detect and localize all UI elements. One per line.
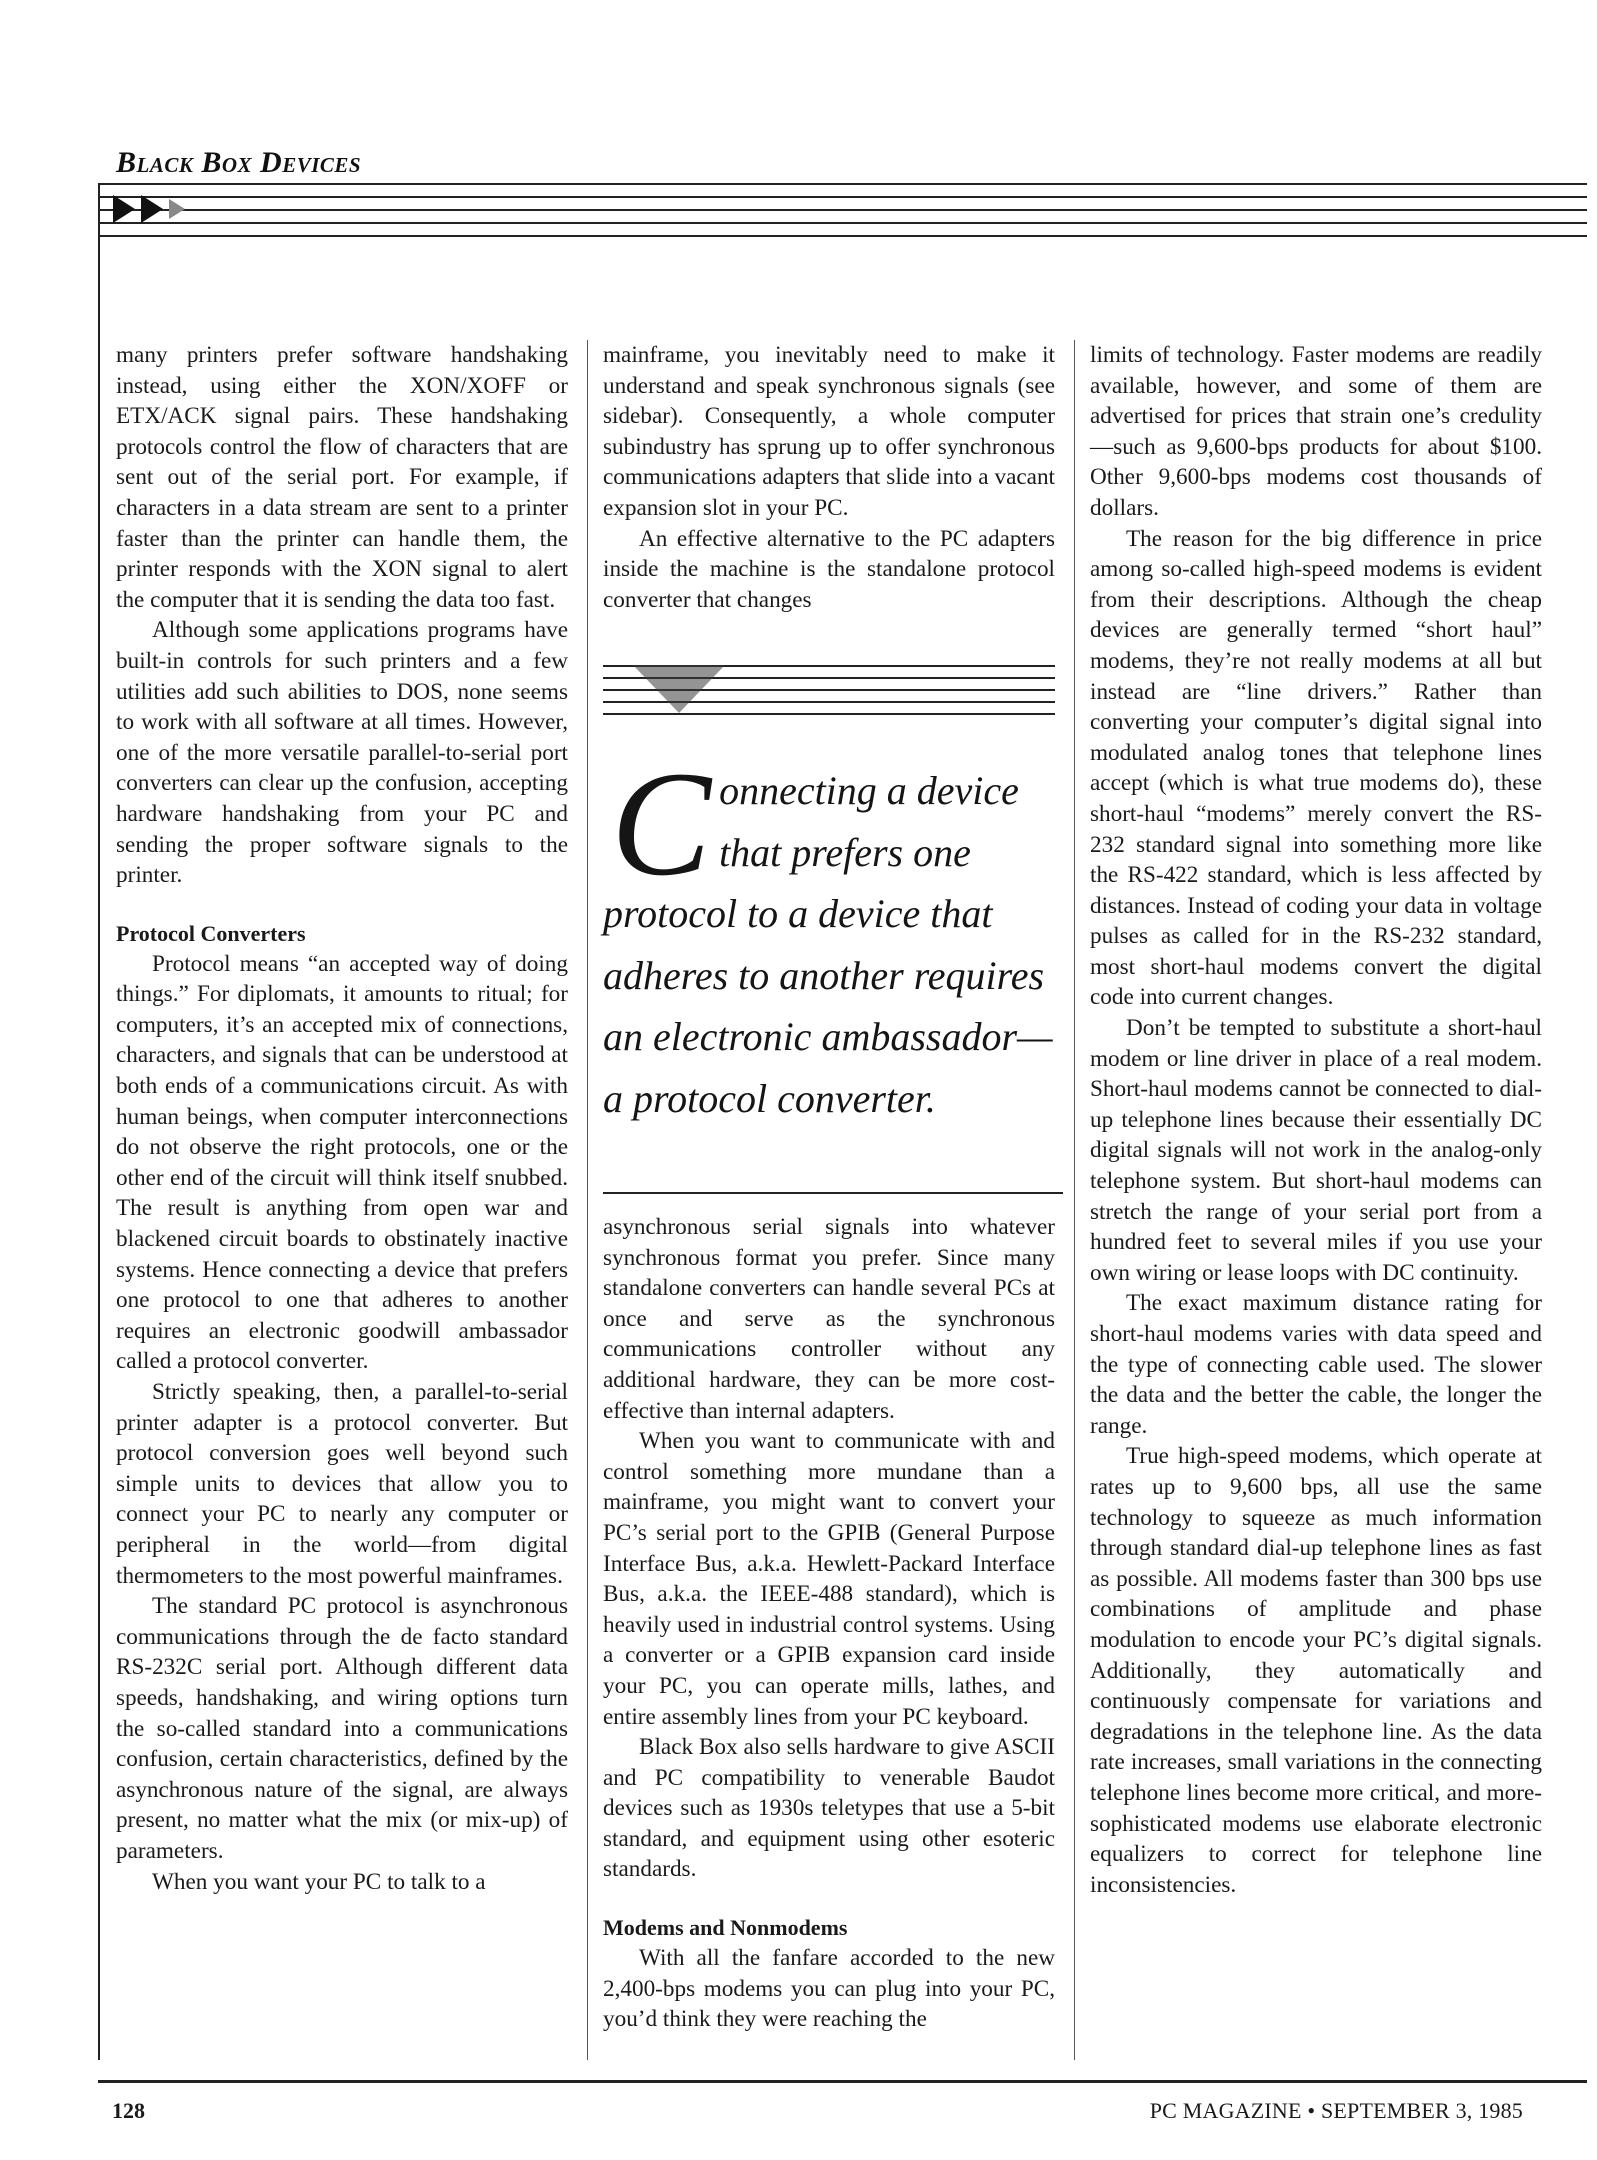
article-column-3: limits of technology. Faster modems are … bbox=[1090, 340, 1542, 1900]
pull-quote-rule-block bbox=[603, 665, 1055, 725]
paragraph: When you want your PC to talk to a bbox=[116, 1867, 568, 1898]
paragraph: Strictly speaking, then, a parallel-to-s… bbox=[116, 1377, 568, 1591]
header-rule-block bbox=[98, 183, 1587, 235]
paragraph: Although some applications programs have… bbox=[116, 615, 568, 890]
paragraph: limits of technology. Faster modems are … bbox=[1090, 340, 1542, 524]
article-column-2: mainframe, you inevitably need to make i… bbox=[603, 340, 1055, 615]
paragraph: With all the fanfare accorded to the new… bbox=[603, 1943, 1055, 2035]
paragraph: When you want to communicate with and co… bbox=[603, 1426, 1055, 1732]
paragraph: Black Box also sells hardware to give AS… bbox=[603, 1732, 1055, 1885]
footer-rule bbox=[98, 2080, 1587, 2083]
paragraph: mainframe, you inevitably need to make i… bbox=[603, 340, 1055, 524]
paragraph: The reason for the big difference in pri… bbox=[1090, 524, 1542, 1014]
article-column-1: many printers prefer software handshakin… bbox=[116, 340, 568, 1897]
running-head: Black Box Devices bbox=[116, 146, 361, 180]
arrow-right-icon bbox=[113, 195, 135, 223]
drop-cap: C bbox=[611, 764, 711, 884]
paragraph: The exact maximum distance rating for sh… bbox=[1090, 1288, 1542, 1441]
publication-line: PC MAGAZINE • SEPTEMBER 3, 1985 bbox=[1150, 2098, 1523, 2124]
paragraph: True high-speed modems, which oper­ate a… bbox=[1090, 1441, 1542, 1900]
arrow-right-faded-icon bbox=[169, 199, 185, 219]
pull-quote: C onnecting a device that prefers one pr… bbox=[603, 760, 1063, 1129]
paragraph: An effective alternative to the PC adapt… bbox=[603, 524, 1055, 616]
page-number: 128 bbox=[112, 2098, 145, 2124]
column-divider bbox=[587, 340, 588, 2060]
triangle-ornament-icon bbox=[633, 665, 725, 713]
header-arrows bbox=[113, 194, 185, 224]
article-column-2-continued: asynchronous serial signals into whateve… bbox=[603, 1212, 1055, 2035]
column-divider bbox=[1074, 340, 1075, 2060]
paragraph: Protocol means “an accepted way of doing… bbox=[116, 949, 568, 1377]
paragraph: many printers prefer software handshakin… bbox=[116, 340, 568, 615]
pull-quote-bottom-rule bbox=[603, 1192, 1063, 1194]
subheading-modems-and-nonmodems: Modems and Nonmodems bbox=[603, 1913, 1055, 1943]
frame-left-rule bbox=[98, 183, 100, 2060]
arrow-right-icon bbox=[141, 195, 163, 223]
paragraph: The standard PC protocol is asynchro­nou… bbox=[116, 1591, 568, 1866]
paragraph: Don’t be tempted to substitute a short-h… bbox=[1090, 1013, 1542, 1288]
subheading-protocol-converters: Protocol Converters bbox=[116, 919, 568, 949]
paragraph: asynchronous serial signals into whateve… bbox=[603, 1212, 1055, 1426]
